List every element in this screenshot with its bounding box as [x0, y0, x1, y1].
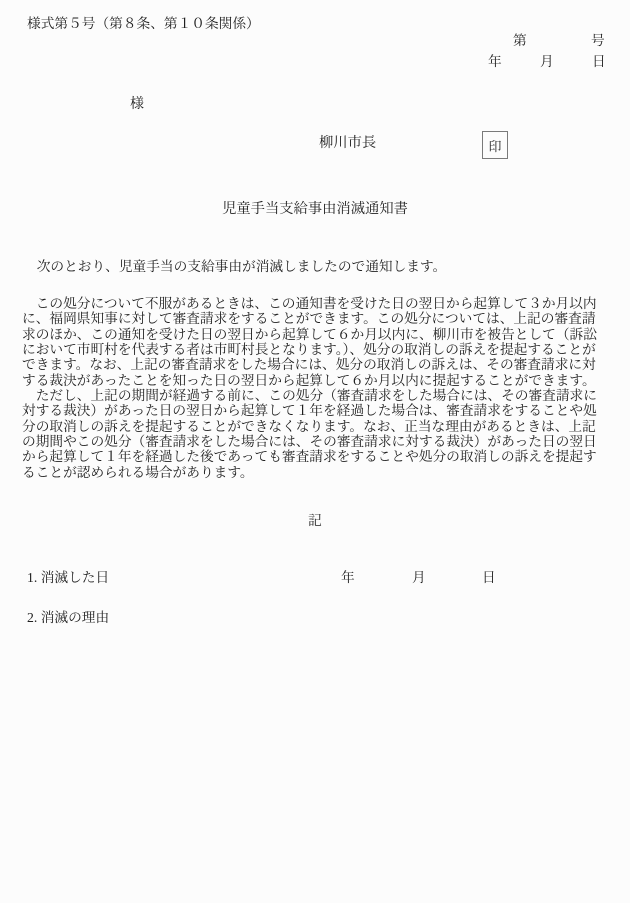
- intro-sentence: 次のとおり、児童手当の支給事由が消滅しましたので通知します。: [23, 259, 446, 275]
- record-marker: 記: [0, 513, 630, 529]
- seal-label: 印: [488, 136, 501, 155]
- form-number-label: 様式第５号（第８条、第１０条関係）: [27, 16, 260, 32]
- appeal-paragraph-2: ただし、上記の期間が経過する前に、この処分（審査請求をした場合には、その審査請求…: [22, 388, 603, 480]
- issue-date-day-label: 日: [592, 54, 606, 70]
- doc-number-prefix-label: 第: [513, 33, 527, 49]
- notification-document-page: 様式第５号（第８条、第１０条関係） 第 号 年 月 日 様 柳川市長 印 児童手…: [0, 0, 630, 903]
- issuer-mayor-name: 柳川市長: [319, 135, 376, 151]
- extinction-date-year-label: 年: [341, 570, 355, 586]
- appeal-instructions-block: この処分について不服があるときは、この通知書を受けた日の翌日から起算して３か月以…: [22, 296, 603, 480]
- document-title: 児童手当支給事由消滅通知書: [0, 201, 630, 217]
- extinction-date-item-label: 1. 消滅した日: [27, 570, 109, 586]
- appeal-paragraph-1: この処分について不服があるときは、この通知書を受けた日の翌日から起算して３か月以…: [22, 296, 603, 388]
- issue-date-month-label: 月: [540, 54, 554, 70]
- issue-date-year-label: 年: [488, 54, 502, 70]
- extinction-date-day-label: 日: [482, 570, 496, 586]
- seal-box: 印: [482, 131, 508, 159]
- extinction-date-month-label: 月: [412, 570, 426, 586]
- extinction-reason-item-label: 2. 消滅の理由: [27, 610, 109, 626]
- addressee-honorific-label: 様: [130, 97, 144, 113]
- doc-number-suffix-label: 号: [591, 33, 605, 49]
